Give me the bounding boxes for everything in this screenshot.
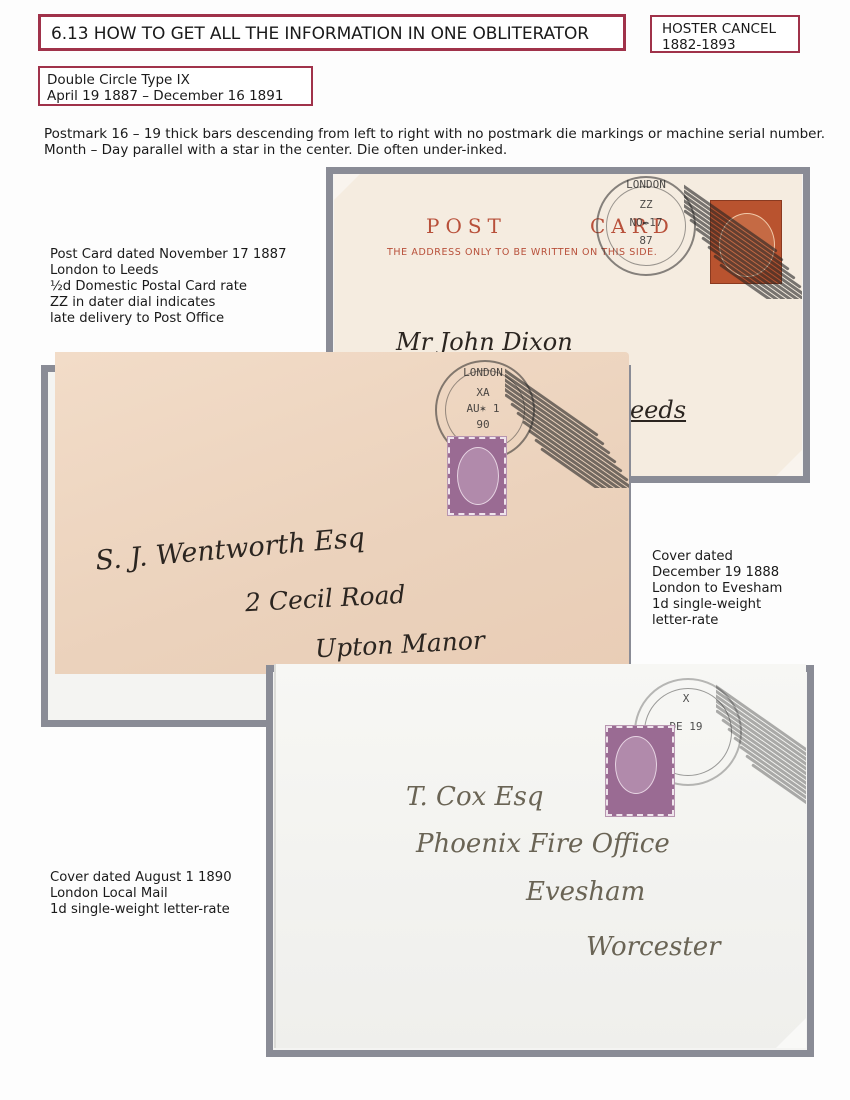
caption-line: ZZ in dater dial indicates — [50, 295, 286, 311]
caption-line: letter-rate — [652, 613, 782, 629]
one-penny-lilac-stamp — [606, 726, 674, 816]
cover-address-street: 2 Cecil Road — [244, 580, 406, 617]
caption-line: 1d single-weight letter-rate — [50, 902, 232, 918]
postmark-date: AU✶ 1 — [453, 402, 513, 415]
postmark-date: NO✒17 — [616, 216, 676, 229]
cover-address-county: Worcester — [586, 932, 721, 962]
caption-line: ½d Domestic Postal Card rate — [50, 279, 286, 295]
postmark-code: XA — [453, 386, 513, 399]
cover-local-mail-image: LONDON XA AU✶ 1 90 S. J. Wentworth Esq 2… — [55, 352, 629, 674]
cover-address-name: T. Cox Esq — [406, 782, 544, 812]
postmark-year: 90 — [453, 418, 513, 431]
caption-line: Cover dated — [652, 549, 782, 565]
postmark-bars — [505, 358, 629, 488]
caption-line: Cover dated August 1 1890 — [50, 870, 232, 886]
postcard-heading-post: POST — [426, 214, 507, 238]
caption-line: London to Leeds — [50, 263, 286, 279]
postmark-bars — [684, 174, 802, 299]
type-date-range: April 19 1887 – December 16 1891 — [47, 88, 311, 104]
caption-postcard: Post Card dated November 17 1887 London … — [50, 247, 286, 327]
postmark-town: LONDON — [616, 178, 676, 191]
cover-address-town: Evesham — [526, 877, 645, 907]
cover-address-town: Upton Manor — [314, 626, 485, 664]
caption-line: December 19 1888 — [652, 565, 782, 581]
caption-cover-evesham: Cover dated December 19 1888 London to E… — [652, 549, 782, 629]
type-name: Double Circle Type IX — [47, 72, 311, 88]
period-box: HOSTER CANCEL 1882-1893 — [650, 15, 800, 53]
postmark-year: 87 — [616, 234, 676, 247]
caption-line: London to Evesham — [652, 581, 782, 597]
caption-line: Post Card dated November 17 1887 — [50, 247, 286, 263]
postmark-code: X — [656, 692, 716, 705]
one-penny-lilac-stamp — [448, 437, 506, 515]
caption-line: late delivery to Post Office — [50, 311, 286, 327]
period-years: 1882-1893 — [662, 37, 798, 53]
cover-address-line: Phoenix Fire Office — [416, 829, 670, 859]
page-title-box: 6.13 HOW TO GET ALL THE INFORMATION IN O… — [38, 14, 626, 51]
cover-address-name: S. J. Wentworth Esq — [94, 522, 366, 576]
type-box: Double Circle Type IX April 19 1887 – De… — [38, 66, 313, 106]
caption-cover-local: Cover dated August 1 1890 London Local M… — [50, 870, 232, 918]
caption-line: 1d single-weight — [652, 597, 782, 613]
cover-evesham-image: X DE 19 T. Cox Esq Phoenix Fire Office E… — [274, 664, 806, 1048]
postmark-code: ZZ — [616, 198, 676, 211]
page-title: 6.13 HOW TO GET ALL THE INFORMATION IN O… — [51, 24, 589, 44]
period-label: HOSTER CANCEL — [662, 21, 798, 37]
description-text: Postmark 16 – 19 thick bars descending f… — [44, 126, 834, 158]
postmark-town: LONDON — [453, 366, 513, 379]
caption-line: London Local Mail — [50, 886, 232, 902]
postmark-bars — [716, 674, 806, 814]
